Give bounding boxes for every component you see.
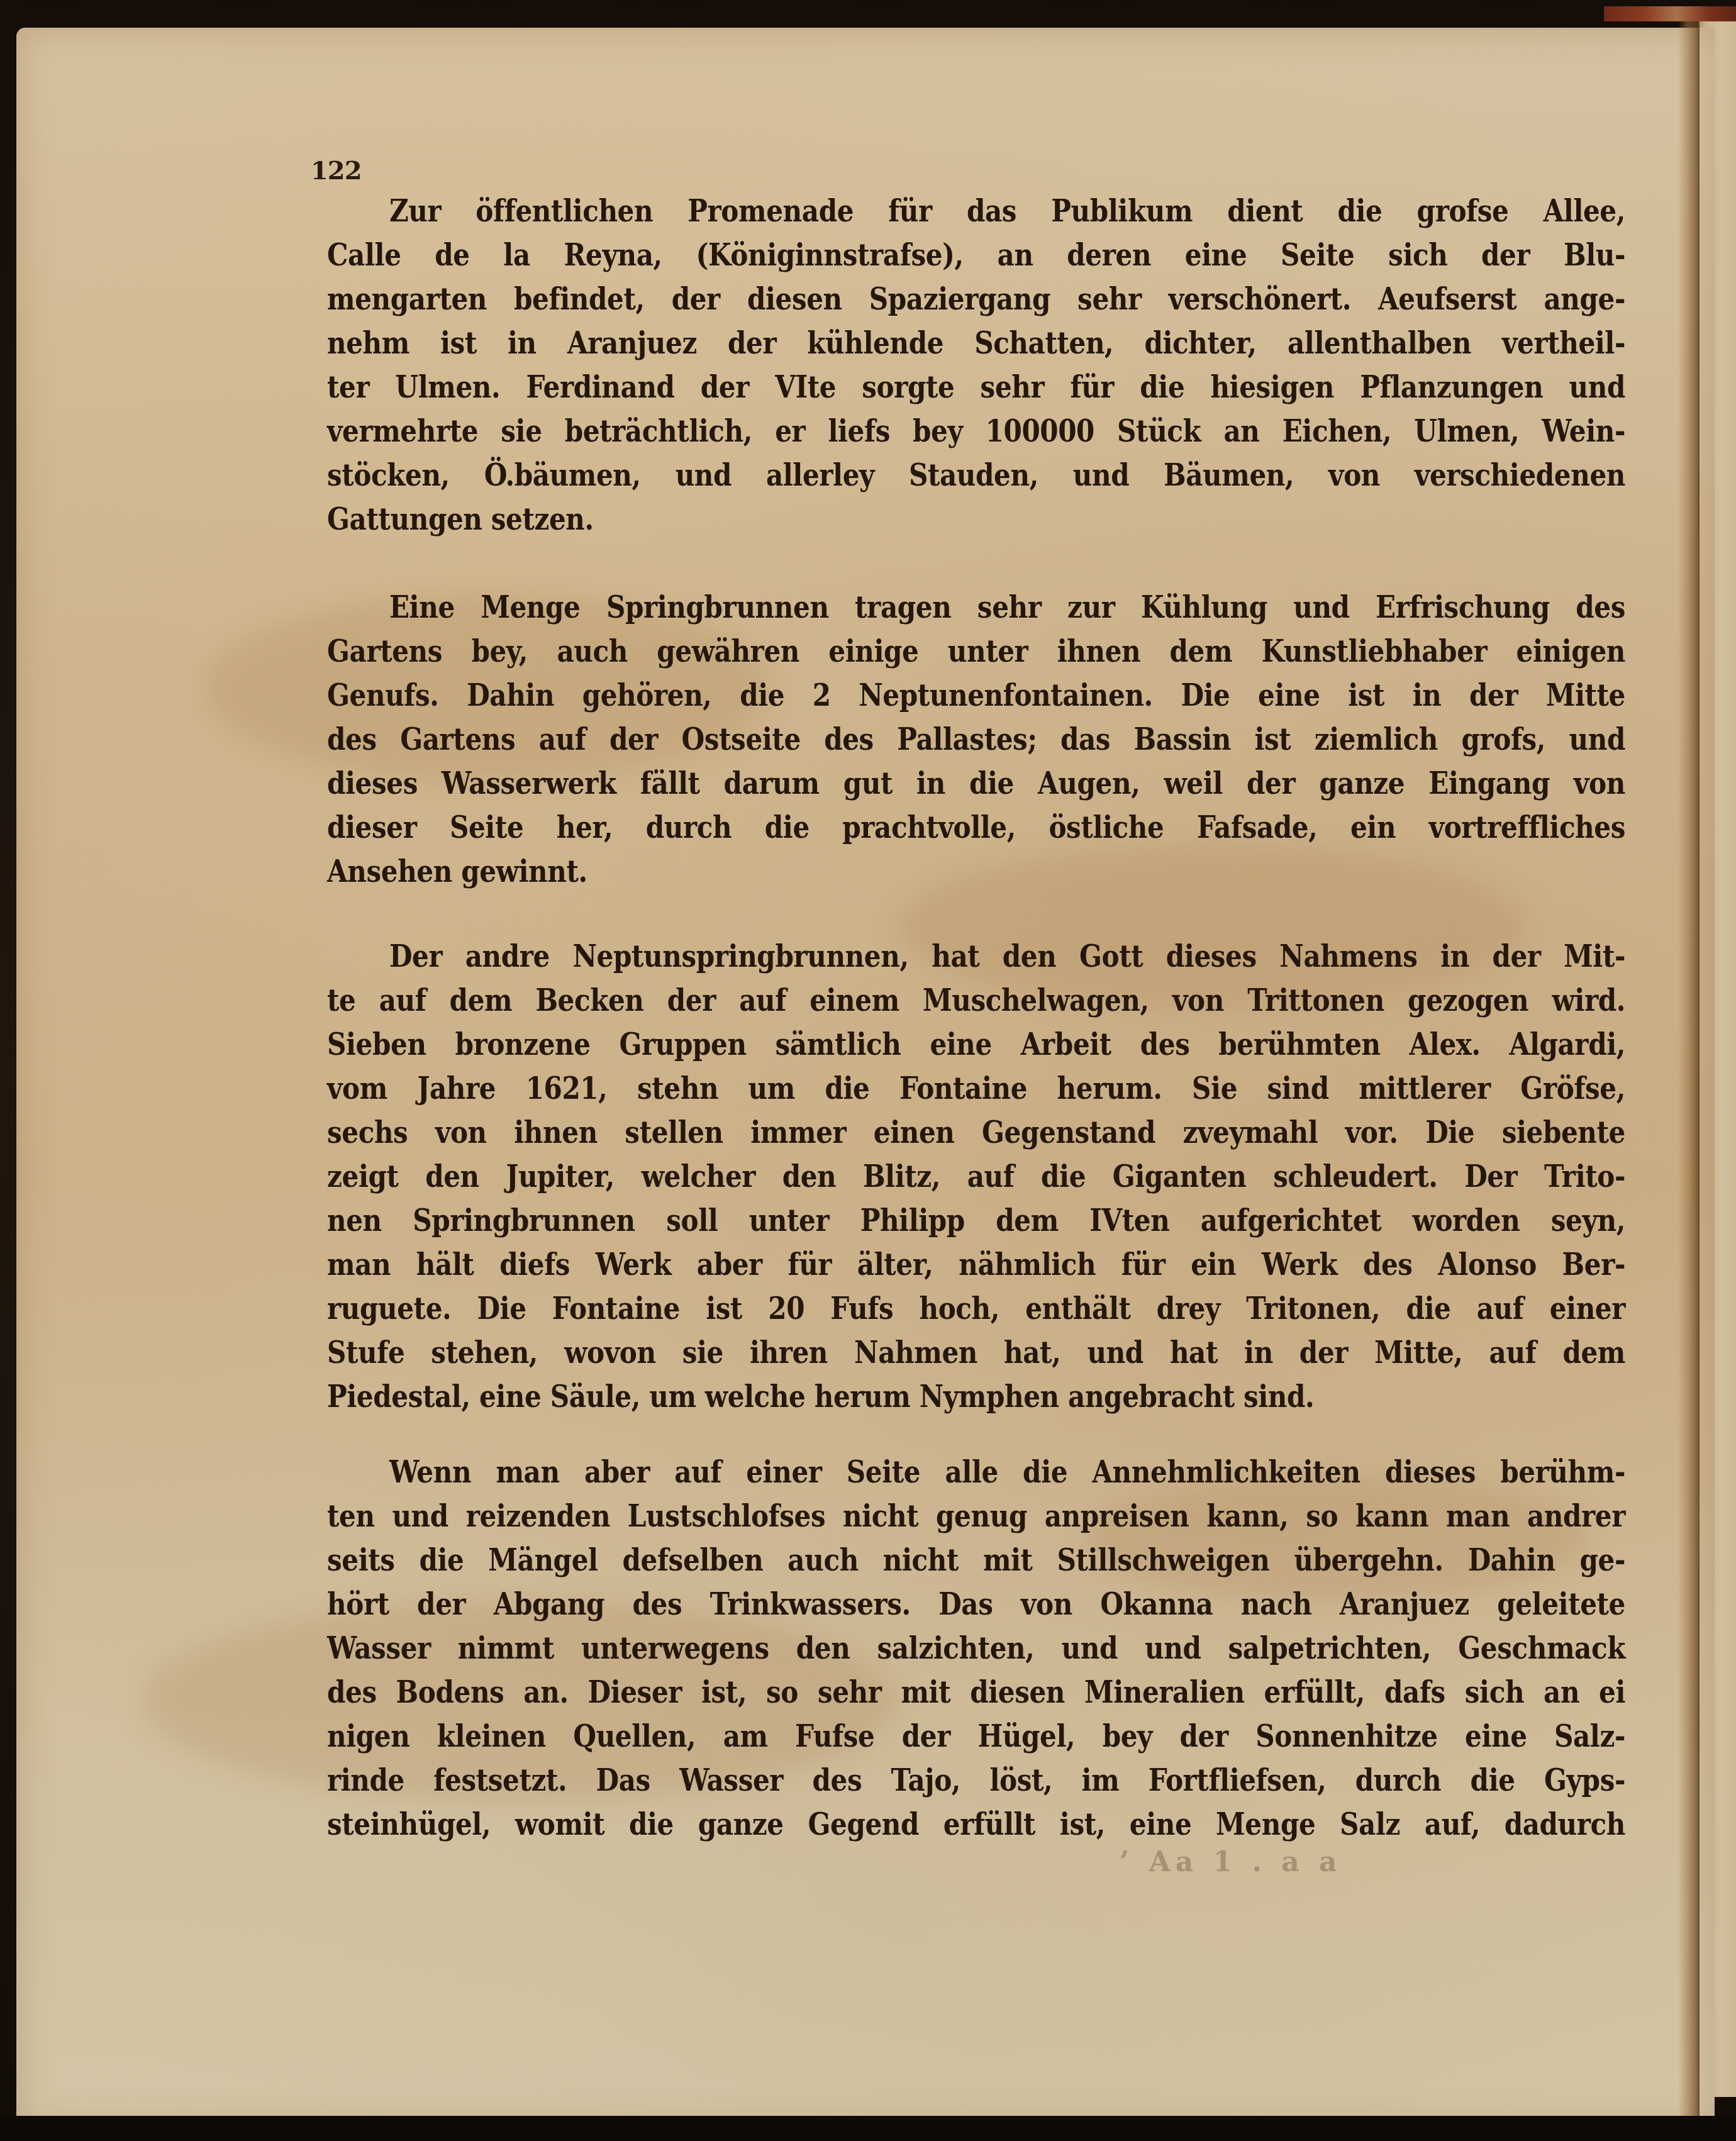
text-line: Gattungen setzen. [327, 497, 1625, 541]
text-line: Der andre Neptunspringbrunnen, hat den G… [327, 934, 1625, 978]
text-line: stöcken, Ö.bäumen, und allerley Stauden,… [327, 453, 1625, 497]
text-line: Gartens bey, auch gewähren einige unter … [327, 629, 1625, 673]
show-through-text: ’ Aa 1 . a a [1120, 1846, 1342, 1878]
text-line: mengarten befindet, der diesen Spazierga… [327, 277, 1625, 321]
text-line: Calle de la Reyna, (Königinnstrafse), an… [327, 233, 1625, 277]
text-line: dieser Seite her, durch die prachtvolle,… [327, 805, 1625, 849]
text-line: Wasser nimmt unterwegens den salzichten,… [327, 1626, 1625, 1670]
text-line: Sieben bronzene Gruppen sämtlich eine Ar… [327, 1022, 1625, 1066]
text-line: ten und reizenden Lustschlofses nicht ge… [327, 1494, 1625, 1538]
text-line: dieses Wasserwerk fällt darum gut in die… [327, 761, 1625, 805]
text-line: steinhügel, womit die ganze Gegend erfül… [327, 1802, 1625, 1846]
text-line: ruguete. Die Fontaine ist 20 Fufs hoch, … [327, 1286, 1625, 1330]
text-line: Genufs. Dahin gehören, die 2 Neptunenfon… [327, 673, 1625, 717]
scan-bottom-edge [0, 2116, 1736, 2141]
text-line: nehm ist in Aranjuez der kühlende Schatt… [327, 321, 1625, 365]
text-line: sechs von ihnen stellen immer einen Gege… [327, 1110, 1625, 1154]
text-line: ter Ulmen. Ferdinand der VIte sorgte seh… [327, 365, 1625, 409]
text-line: des Gartens auf der Ostseite des Pallast… [327, 717, 1625, 761]
text-line: hört der Abgang des Trinkwassers. Das vo… [327, 1582, 1625, 1626]
text-line: te auf dem Becken der auf einem Muschelw… [327, 978, 1625, 1022]
text-line: Eine Menge Springbrunnen tragen sehr zur… [327, 585, 1625, 629]
text-line: nen Springbrunnen soll unter Philipp dem… [327, 1198, 1625, 1242]
text-line: vom Jahre 1621, stehn um die Fontaine he… [327, 1066, 1625, 1110]
page-number: 122 [311, 156, 362, 186]
text-line: Wenn man aber auf einer Seite alle die A… [327, 1450, 1625, 1494]
text-line: des Bodens an. Dieser ist, so sehr mit d… [327, 1670, 1625, 1714]
text-line: man hält diefs Werk aber für älter, nähm… [327, 1242, 1625, 1286]
page-gutter-fold [1678, 21, 1700, 2116]
text-line: seits die Mängel defselben auch nicht mi… [327, 1538, 1625, 1582]
text-line: nigen kleinen Quellen, am Fufse der Hüge… [327, 1714, 1625, 1758]
text-line: Zur öffentlichen Promenade für das Publi… [327, 189, 1625, 233]
text-line: Piedestal, eine Säule, um welche herum N… [327, 1374, 1625, 1418]
text-line: rinde festsetzt. Das Wasser des Tajo, lö… [327, 1758, 1625, 1802]
text-line: vermehrte sie beträchtlich, er liefs bey… [327, 409, 1625, 453]
text-line: Ansehen gewinnt. [327, 849, 1625, 893]
book-cover-edge [1604, 6, 1736, 21]
text-line: zeigt den Jupiter, welcher den Blitz, au… [327, 1154, 1625, 1198]
text-line: Stufe stehen, wovon sie ihren Nahmen hat… [327, 1330, 1625, 1374]
